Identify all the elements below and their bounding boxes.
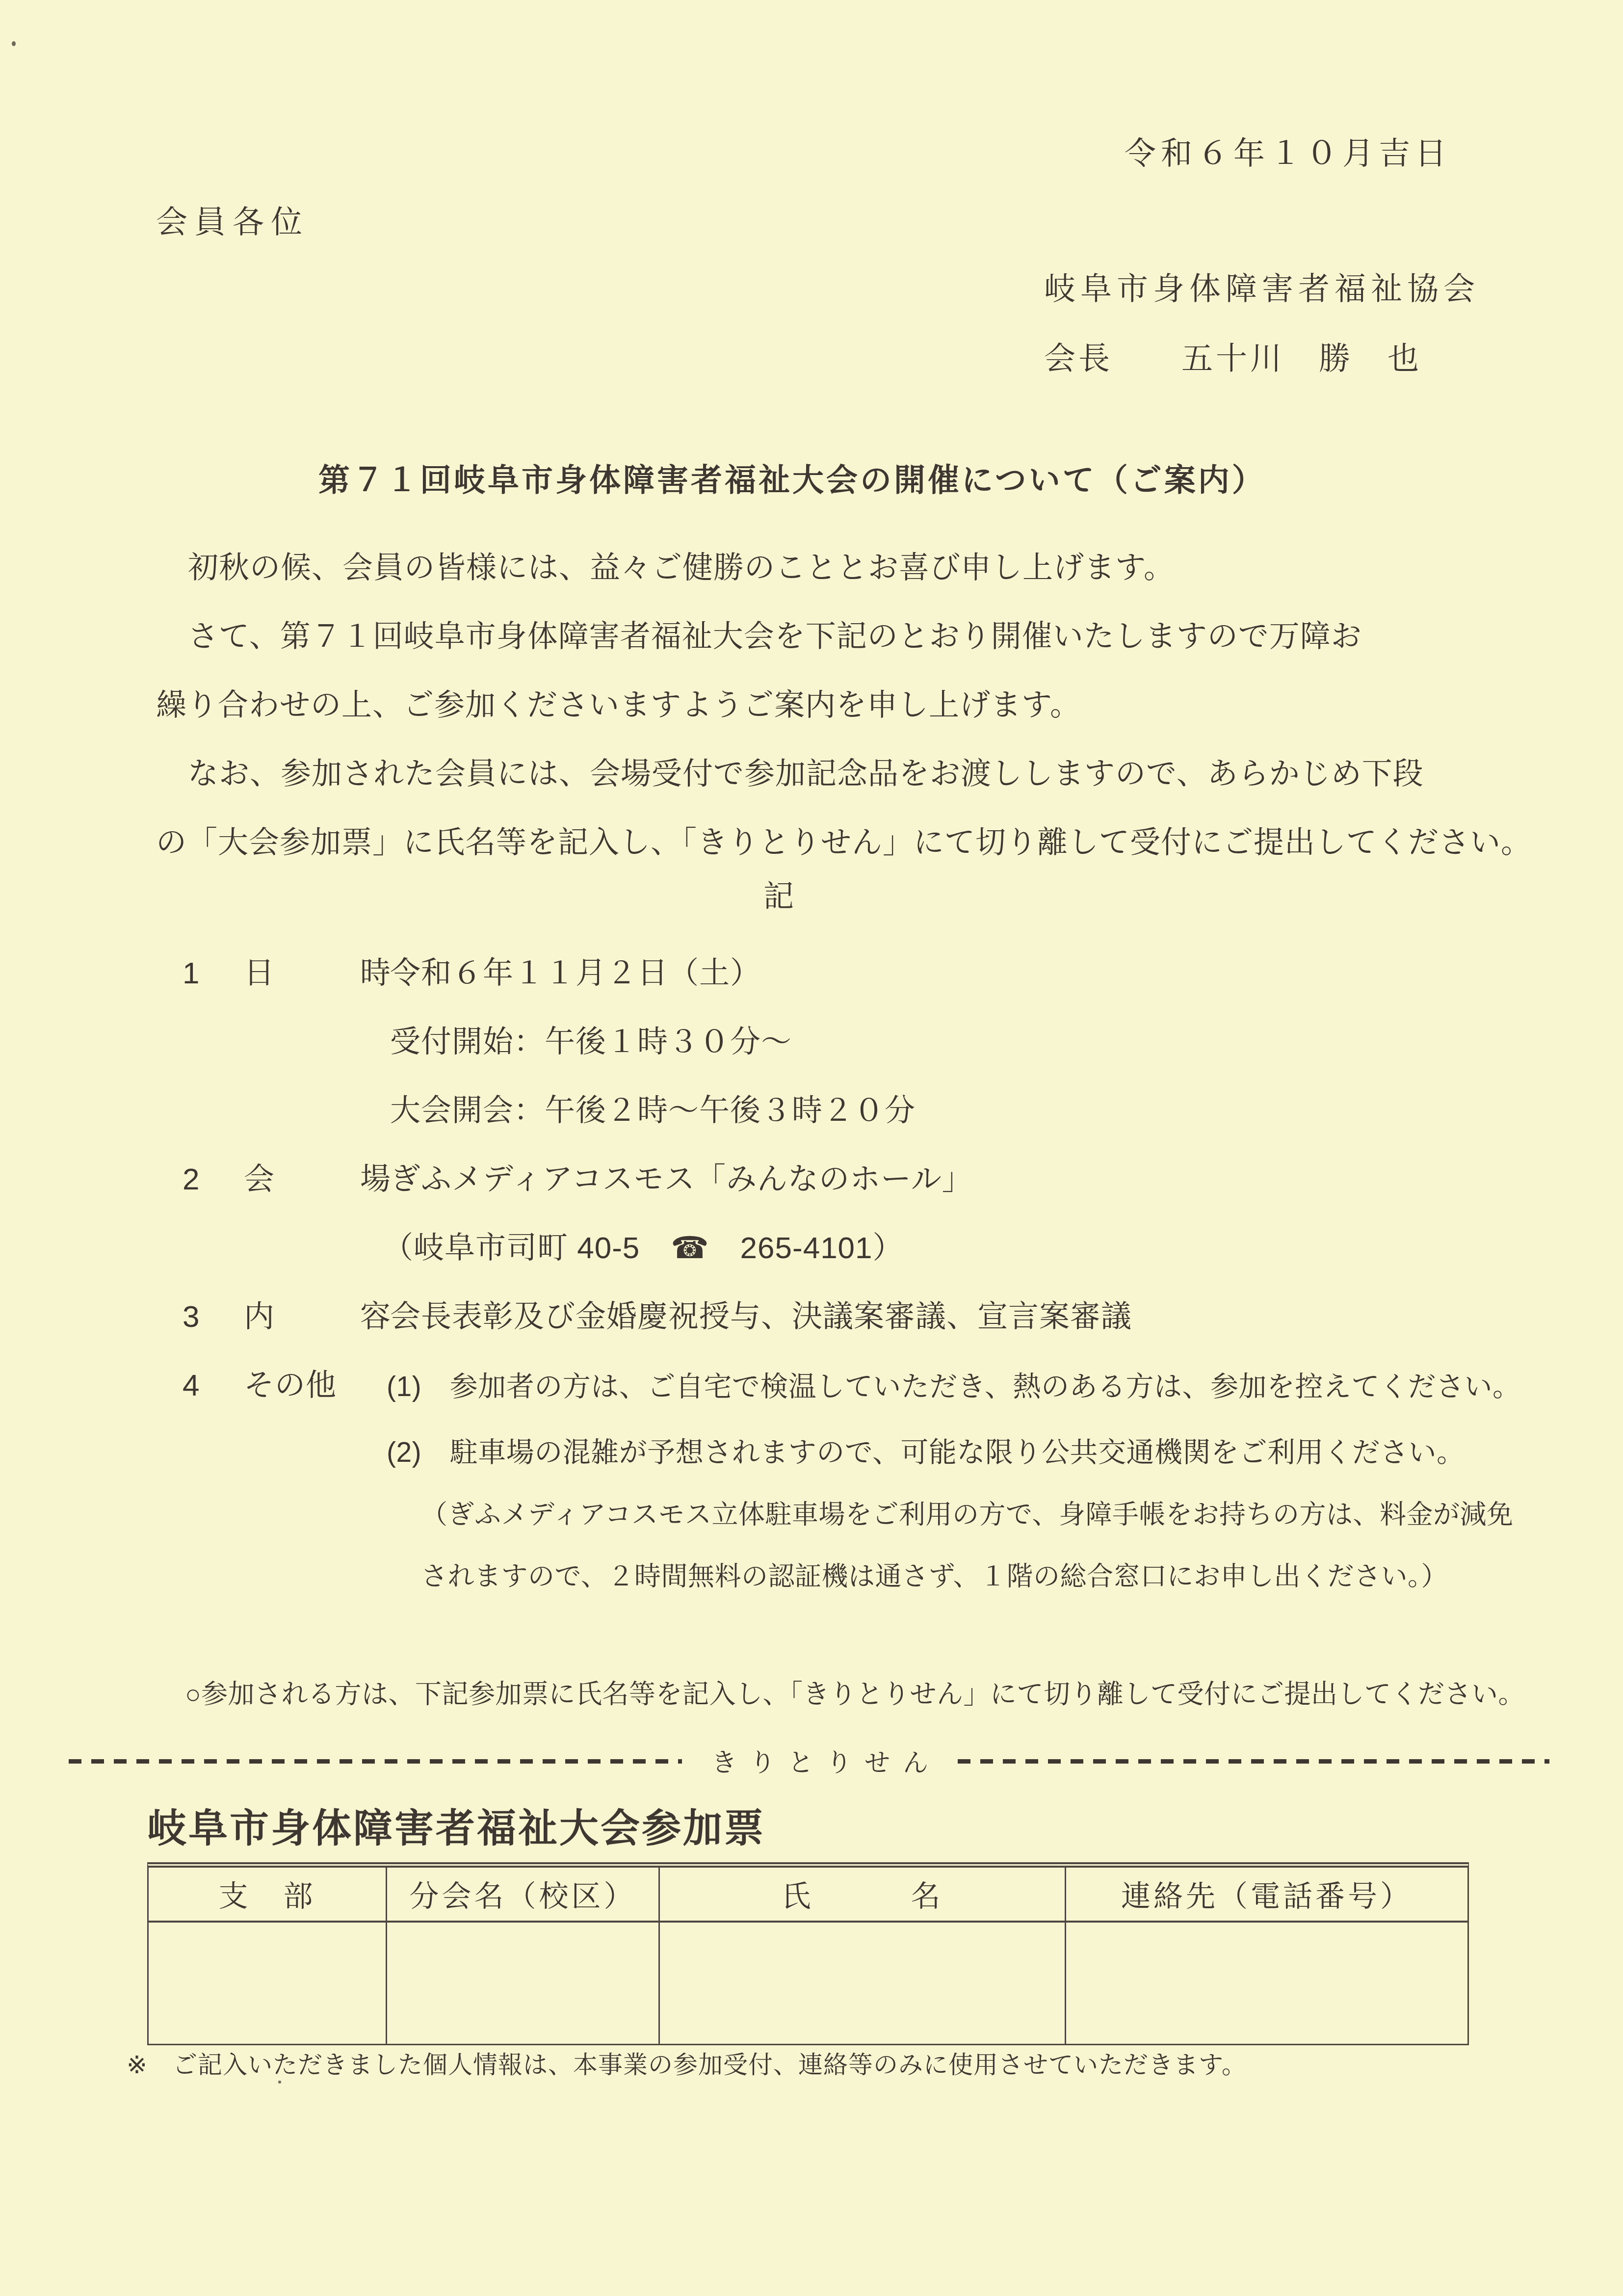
item-content: 令和６年１１月２日（土） [390,956,761,991]
item-number: 4 [183,1368,227,1403]
slip-heading: 岐阜市身体障害者福祉大会参加票 [147,1806,765,1851]
body-paragraph-line: なお、参加された会員には、会場受付で参加記念品をお渡ししますので、あらかじめ下段 [188,757,1424,792]
scan-speck [12,41,16,46]
body-paragraph-line: 繰り合わせの上、ご参加くださいますようご案内を申し上げます。 [156,688,1081,723]
table-input-cell-contact [1066,1923,1467,2044]
item-content: 会長表彰及び金婚慶祝授与、決議案審議、宣言案審議 [390,1299,1132,1334]
president-name: 会長 五十川 勝 也 [1044,341,1422,377]
parking-note-line: （ぎふメディアコスモス立体駐車場をご利用の方で、身障手帳をお持ちの方は、料金が減… [421,1500,1513,1530]
item-label: その他 [244,1368,337,1403]
item-label: 日時 [244,956,391,991]
table-header-chapter: 分会名（校区） [387,1868,660,1923]
scanned-letter-page: 令和６年１０月吉日 会員各位 岐阜市身体障害者福祉協会 会長 五十川 勝 也 第… [0,0,1623,2296]
item-content: ぎふメディアコスモス「みんなのホール」 [390,1162,973,1197]
cutline-label: きりとりせん [682,1742,958,1779]
participation-instruction: ○参加される方は、下記参加票に氏名等を記入し、「きりとりせん」にて切り離して受付… [185,1679,1525,1710]
body-paragraph-line: さて、第７１回岐阜市身体障害者福祉大会を下記のとおり開催いたしますので万障お [188,619,1362,654]
convention-time: 大会開会：午後２時～午後３時２０分 [390,1093,916,1128]
table-header-branch: 支 部 [149,1868,387,1923]
privacy-note: ※ ご記入いただきました個人情報は、本事業の参加受付、連絡等のみに使用させていた… [127,2051,1247,2080]
item-label: 内容 [244,1299,391,1334]
cutline: きりとりせん [69,1743,1549,1780]
venue-address: （岐阜市司町 40-5 ☎ 265-4101） [383,1231,904,1266]
other-note-line: (2) 駐車場の混雑が予想されますので、可能な限り公共交通機関をご利用ください。 [387,1437,1465,1469]
body-paragraph-line: の「大会参加票」に氏名等を記入し、「きりとりせん」にて切り離して受付にご提出して… [156,825,1532,860]
table-header-name: 氏 名 [660,1868,1066,1923]
organization-name: 岐阜市身体障害者福祉協会 [1044,271,1480,307]
body-paragraph-line: 初秋の候、会員の皆様には、益々ご健勝のこととお喜び申し上げます。 [188,551,1175,585]
address-suffix: 265-4101） [709,1231,904,1265]
notice-title: 第７１回岐阜市身体障害者福祉大会の開催について（ご案内） [318,462,1266,499]
item-number: 2 [183,1162,227,1197]
reception-time: 受付開始：午後１時３０分～ [390,1025,792,1059]
cutline-dashes-right [958,1759,1549,1764]
scan-speck [278,2081,281,2084]
parking-note-line: されますので、２時間無料の認証機は通さず、１階の総合窓口にお申し出ください。） [421,1561,1448,1592]
table-input-cell-name [660,1923,1066,2044]
other-note-line: (1) 参加者の方は、ご自宅で検温していただき、熱のある方は、参加を控えてくださ… [387,1371,1520,1403]
participation-slip-table: 支 部 分会名（校区） 氏 名 連絡先（電話番号） [147,1862,1469,2045]
item-label: 会場 [244,1162,391,1197]
addressee: 会員各位 [156,204,309,240]
table-header-contact: 連絡先（電話番号） [1066,1868,1467,1923]
phone-icon: ☎ [671,1231,709,1265]
item-number: 1 [183,956,227,991]
cutline-dashes-left [69,1759,682,1764]
table-input-cell-chapter [387,1923,660,2044]
record-marker: 記 [763,879,794,914]
table-input-cell-branch [149,1923,387,2044]
address-prefix: （岐阜市司町 40-5 [383,1231,671,1265]
item-number: 3 [183,1299,227,1334]
date-line: 令和６年１０月吉日 [1125,135,1451,172]
